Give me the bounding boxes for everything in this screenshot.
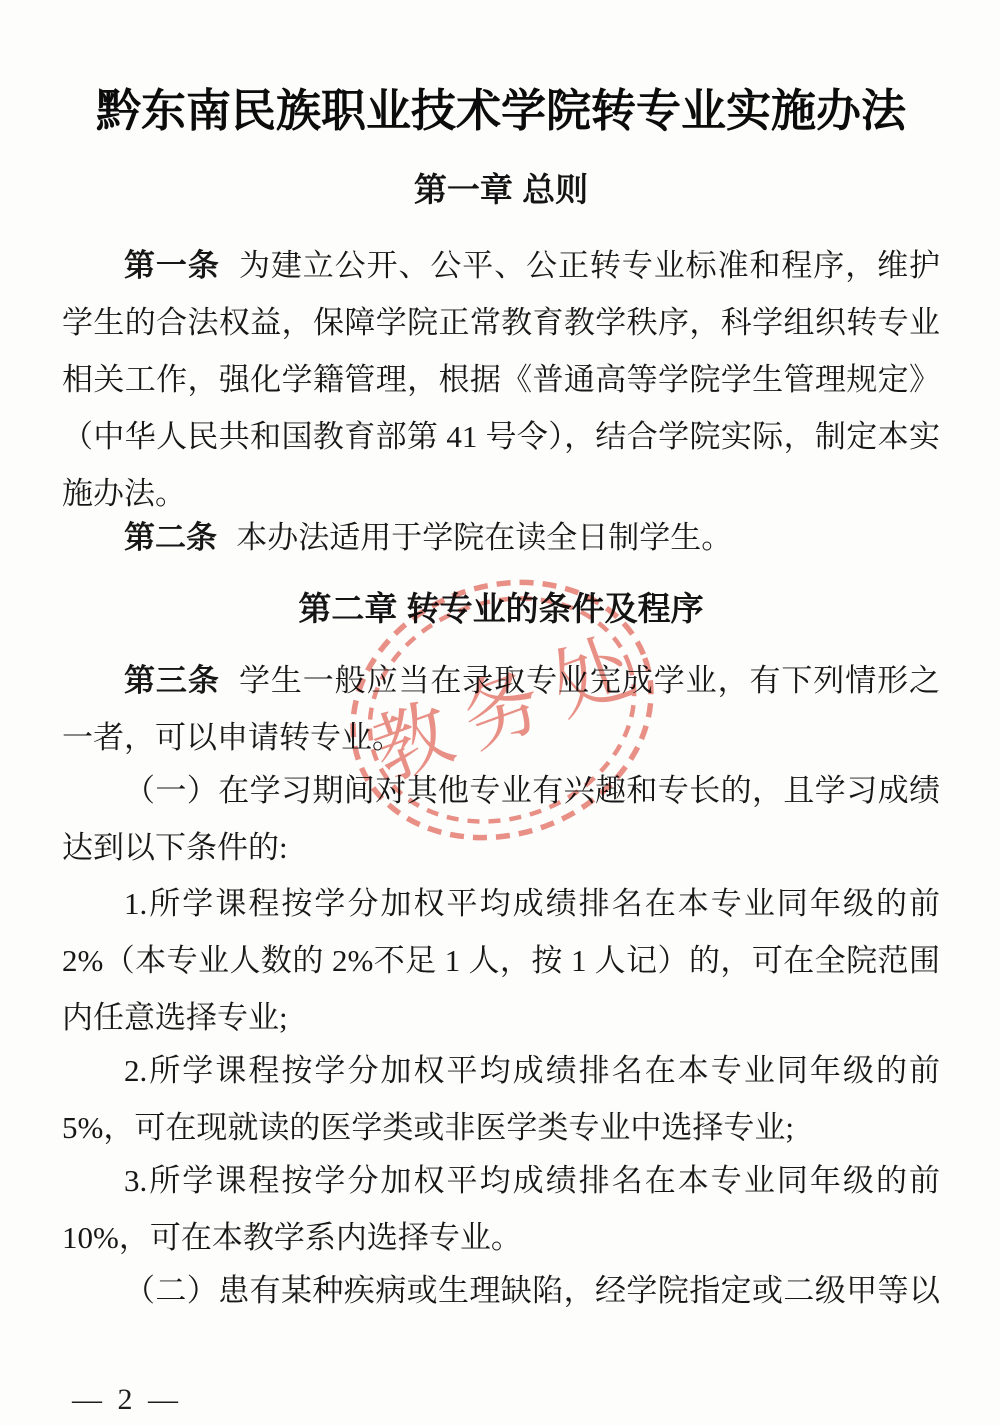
article-number: 第二条 — [124, 520, 217, 555]
chapter-2-heading: 第二章 转专业的条件及程序 — [62, 586, 940, 631]
text-line: 第一条为建立公开、公平、公正转专业标准和程序，维护 — [62, 237, 940, 294]
document-page: 黔东南民族职业技术学院转专业实施办法 第一章 总则 第一条为建立公开、公平、公正… — [0, 0, 1000, 1425]
text-line: （中华人民共和国教育部第 41 号令），结合学院实际，制定本实 — [62, 408, 940, 465]
page-number: — 2 — — [72, 1383, 182, 1417]
document-title: 黔东南民族职业技术学院转专业实施办法 — [62, 80, 940, 142]
text-line: 2.所学课程按学分加权平均成绩排名在本专业同年级的前 — [62, 1042, 940, 1099]
text-line: 2%（本专业人数的 2%不足 1 人，按 1 人记）的，可在全院范围 — [62, 932, 940, 989]
text-line: 相关工作，强化学籍管理，根据《普通高等学院学生管理规定》 — [62, 351, 940, 408]
text-line: 1.所学课程按学分加权平均成绩排名在本专业同年级的前 — [62, 875, 940, 932]
text-line: 3.所学课程按学分加权平均成绩排名在本专业同年级的前 — [62, 1152, 940, 1209]
paragraph-item-2: （二）患有某种疾病或生理缺陷，经学院指定或二级甲等以 — [62, 1262, 940, 1319]
text-line: 内任意选择专业; — [62, 989, 940, 1046]
chapter-1-heading: 第一章 总则 — [62, 167, 940, 212]
paragraph-article-1: 第一条为建立公开、公平、公正转专业标准和程序，维护学生的合法权益，保障学院正常教… — [62, 237, 940, 522]
paragraph-article-2: 第二条本办法适用于学院在读全日制学生。 — [62, 509, 940, 566]
article-number: 第三条 — [124, 663, 220, 698]
article-number: 第一条 — [124, 248, 220, 283]
text-line: 5%，可在现就读的医学类或非医学类专业中选择专业; — [62, 1099, 940, 1156]
text-line: 学生的合法权益，保障学院正常教育教学秩序，科学组织转专业 — [62, 294, 940, 351]
paragraph-article-3: 第三条学生一般应当在录取专业完成学业，有下列情形之一者，可以申请转专业。 — [62, 652, 940, 766]
text-line: 达到以下条件的: — [62, 819, 940, 876]
paragraph-item-1: （一）在学习期间对其他专业有兴趣和专长的，且学习成绩达到以下条件的: — [62, 762, 940, 876]
text-line: （一）在学习期间对其他专业有兴趣和专长的，且学习成绩 — [62, 762, 940, 819]
text-line: 第二条本办法适用于学院在读全日制学生。 — [62, 509, 940, 566]
paragraph-condition-1: 1.所学课程按学分加权平均成绩排名在本专业同年级的前2%（本专业人数的 2%不足… — [62, 875, 940, 1046]
paragraph-condition-3: 3.所学课程按学分加权平均成绩排名在本专业同年级的前10%，可在本教学系内选择专… — [62, 1152, 940, 1266]
text-line: 一者，可以申请转专业。 — [62, 709, 940, 766]
text-line: 第三条学生一般应当在录取专业完成学业，有下列情形之 — [62, 652, 940, 709]
text-line: 10%，可在本教学系内选择专业。 — [62, 1209, 940, 1266]
paragraph-condition-2: 2.所学课程按学分加权平均成绩排名在本专业同年级的前5%，可在现就读的医学类或非… — [62, 1042, 940, 1156]
text-line: （二）患有某种疾病或生理缺陷，经学院指定或二级甲等以 — [62, 1262, 940, 1319]
